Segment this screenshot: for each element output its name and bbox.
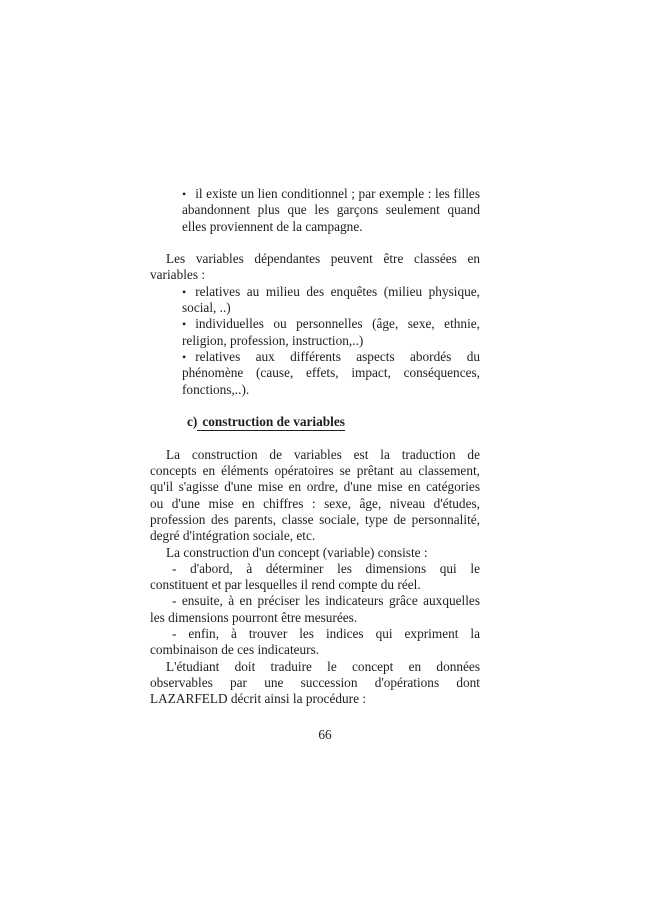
dash-line: - d'abord, à déterminer les dimensions q…: [150, 561, 480, 577]
dash-line: - ensuite, à en préciser les indicateurs…: [150, 593, 480, 609]
text-line: social, ..): [150, 300, 480, 316]
document-page: •il existe un lien conditionnel ; par ex…: [0, 0, 650, 920]
text-line: observables par une succession d'opérati…: [150, 675, 480, 691]
text-line: phénomène (cause, effets, impact, conséq…: [150, 365, 480, 381]
section-heading: c)construction de variables: [150, 414, 480, 430]
text-line: fonctions,..).: [150, 382, 480, 398]
bullet-line: •individuelles ou personnelles (âge, sex…: [150, 316, 480, 332]
bullet-icon: •: [182, 186, 186, 202]
line-gap: [150, 430, 480, 446]
bullet-line: •relatives au milieu des enquêtes (milie…: [150, 284, 480, 300]
bullet-icon: •: [182, 316, 186, 332]
bullet-icon: •: [182, 284, 186, 300]
page-number: 66: [0, 727, 650, 743]
text-line: abandonnent plus que les garçons seuleme…: [150, 202, 480, 218]
text-line: L'étudiant doit traduire le concept en d…: [150, 659, 480, 675]
text-line: Les variables dépendantes peuvent être c…: [150, 251, 480, 267]
text-line: qu'il s'agisse d'une mise en ordre, d'un…: [150, 479, 480, 495]
line-gap: [150, 398, 480, 414]
text-line: elles proviennent de la campagne.: [150, 219, 480, 235]
text-line: degré d'intégration sociale, etc.: [150, 528, 480, 544]
text-line: La construction d'un concept (variable) …: [150, 545, 480, 561]
heading-title: construction de variables: [197, 414, 345, 431]
text-line: La construction de variables est la trad…: [150, 447, 480, 463]
text-line: ou d'une mise en chiffres : sexe, âge, n…: [150, 496, 480, 512]
text-line: concepts en éléments opératoires se prêt…: [150, 463, 480, 479]
dash-line: - enfin, à trouver les indices qui expri…: [150, 626, 480, 642]
bullet-icon: •: [182, 349, 186, 365]
text-line: LAZARFELD décrit ainsi la procédure :: [150, 691, 480, 707]
text-line: relatives aux différents aspects abordés…: [195, 349, 480, 364]
heading-prefix: c): [187, 414, 197, 429]
text-line: combinaison de ces indicateurs.: [150, 642, 480, 658]
bullet-line: •il existe un lien conditionnel ; par ex…: [150, 186, 480, 202]
text-line: variables :: [150, 267, 480, 283]
text-line: il existe un lien conditionnel ; par exe…: [195, 186, 480, 201]
text-block: •il existe un lien conditionnel ; par ex…: [150, 186, 480, 708]
text-line: religion, profession, instruction,..): [150, 333, 480, 349]
line-gap: [150, 235, 480, 251]
text-line: les dimensions pourront être mesurées.: [150, 610, 480, 626]
text-line: individuelles ou personnelles (âge, sexe…: [195, 316, 480, 331]
text-line: constituent et par lesquelles il rend co…: [150, 577, 480, 593]
text-line: relatives au milieu des enquêtes (milieu…: [195, 284, 480, 299]
bullet-line: •relatives aux différents aspects abordé…: [150, 349, 480, 365]
text-line: profession des parents, classe sociale, …: [150, 512, 480, 528]
